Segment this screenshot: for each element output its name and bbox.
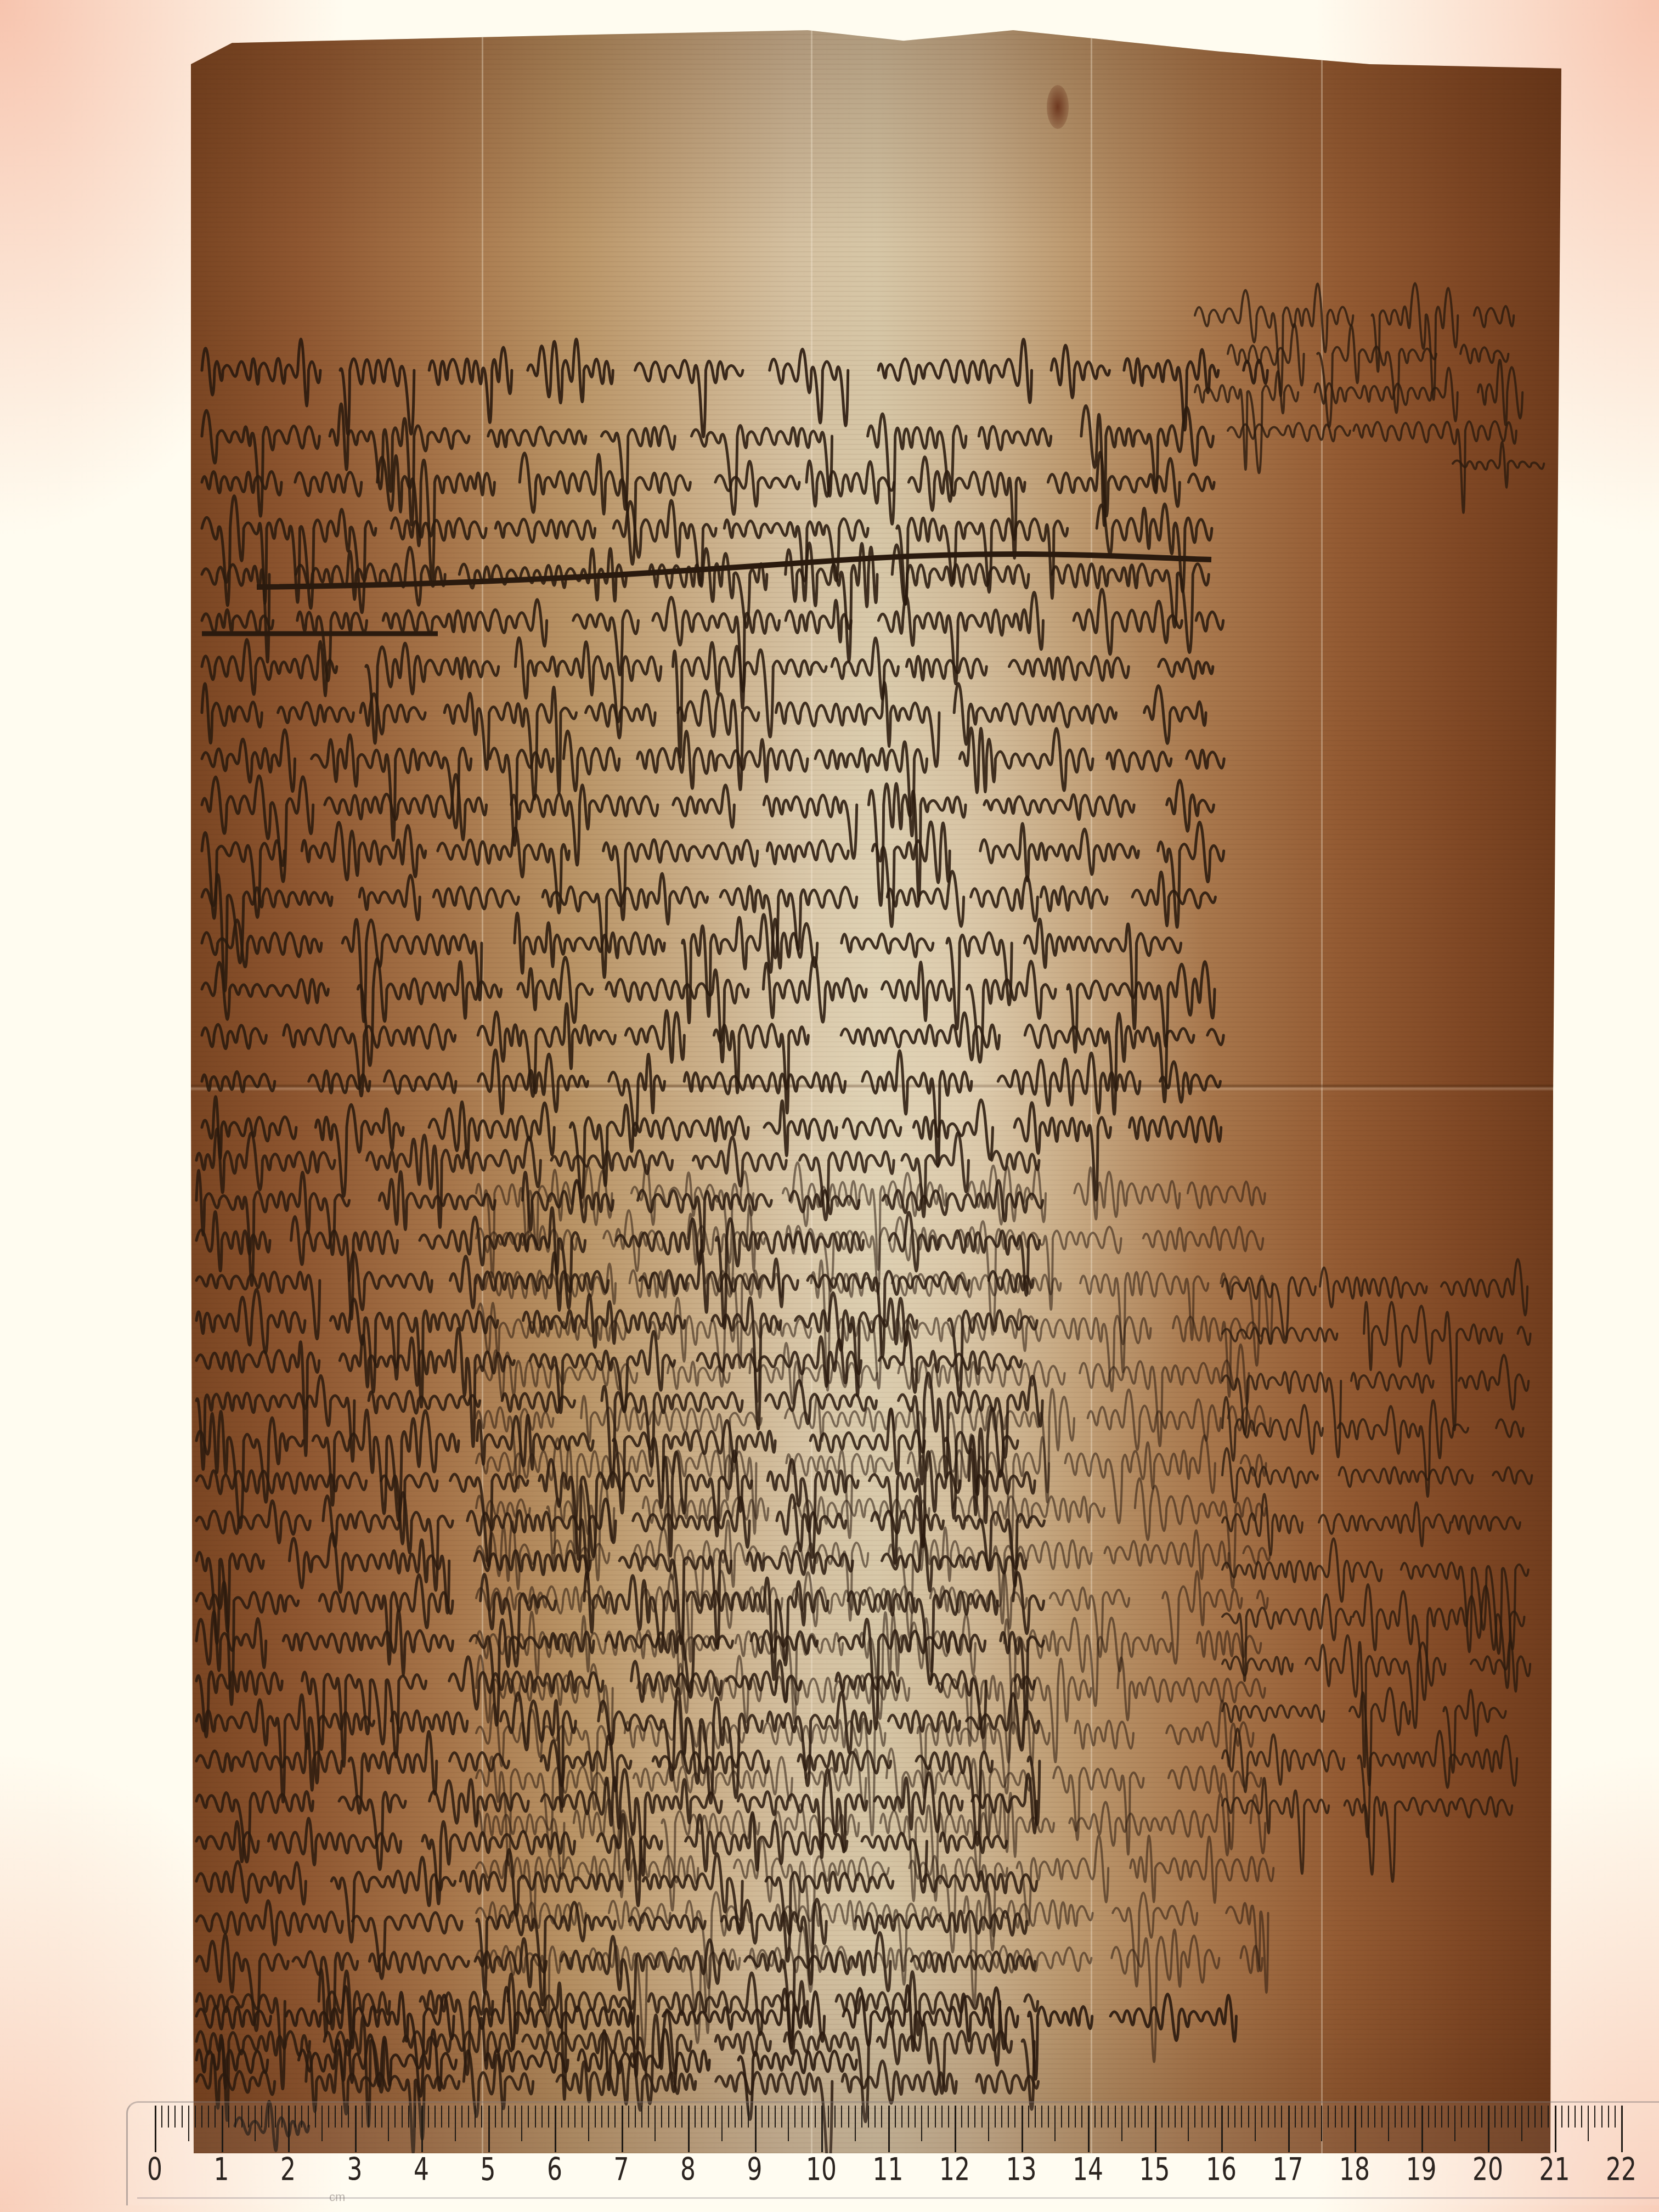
ruler-tick — [348, 2106, 349, 2128]
ruler-tick — [948, 2106, 949, 2128]
ruler-tick — [435, 2106, 436, 2128]
ruler-tick — [488, 2106, 490, 2152]
ruler-tick — [988, 2106, 989, 2141]
handwriting-line — [1228, 324, 1508, 427]
ruler-tick — [1068, 2106, 1069, 2128]
ruler-tick — [1348, 2106, 1349, 2128]
ruler-tick — [1561, 2106, 1562, 2128]
ruler-tick — [1501, 2106, 1502, 2128]
ruler-tick — [794, 2106, 795, 2128]
ruler-tick — [1328, 2106, 1329, 2128]
ruler-tick — [1261, 2106, 1262, 2128]
ruler-tick — [568, 2106, 569, 2128]
ruler-tick — [1215, 2106, 1216, 2128]
ruler-tick — [921, 2106, 922, 2141]
ruler-tick — [468, 2106, 469, 2128]
ruler-tick — [848, 2106, 849, 2128]
ruler-tick — [595, 2106, 596, 2128]
ruler-tick — [861, 2106, 862, 2128]
ruler-tick — [588, 2106, 589, 2141]
ruler-tick — [755, 2106, 757, 2152]
ruler-tick — [428, 2106, 429, 2128]
handwriting-line — [196, 1657, 1035, 1767]
ruler-tick — [248, 2106, 249, 2128]
ruler-tick — [1255, 2106, 1256, 2141]
ruler-tick — [661, 2106, 662, 2128]
ruler-tick — [614, 2106, 616, 2128]
ruler-label: 2 — [280, 2152, 296, 2188]
ruler-tick — [1475, 2106, 1476, 2128]
ruler-tick — [1101, 2106, 1102, 2128]
ruler-tick — [182, 2106, 183, 2128]
ruler-tick — [441, 2106, 442, 2128]
ruler-baseline — [137, 2197, 1659, 2199]
ruler-label: 4 — [414, 2152, 429, 2188]
ruler-label: 9 — [747, 2152, 763, 2188]
ruler-label: 22 — [1606, 2152, 1637, 2188]
ruler-tick — [815, 2106, 816, 2128]
ruler-tick — [1508, 2106, 1509, 2128]
ruler-tick — [574, 2106, 575, 2128]
handwriting-line — [202, 543, 1209, 662]
ruler-tick — [222, 2106, 223, 2152]
ruler-tick — [628, 2106, 629, 2128]
ruler-tick — [1094, 2106, 1096, 2128]
ruler-tick — [308, 2106, 309, 2128]
ruler-tick — [1608, 2106, 1609, 2128]
ruler-tick — [1555, 2106, 1556, 2152]
ruler-tick — [1161, 2106, 1163, 2128]
handwriting-line — [476, 1479, 1266, 1588]
ruler-tick — [582, 2106, 583, 2128]
ruler-tick — [641, 2106, 642, 2128]
ruler-tick — [828, 2106, 829, 2128]
ruler-tick — [1534, 2106, 1536, 2128]
handwriting-line — [202, 404, 1213, 526]
ruler-tick — [761, 2106, 763, 2128]
ruler-label: 11 — [873, 2152, 904, 2188]
ruler-tick — [1148, 2106, 1149, 2128]
ruler-tick — [788, 2106, 789, 2141]
ruler-tick — [928, 2106, 929, 2128]
ruler-tick — [715, 2106, 716, 2128]
ruler-tick — [1181, 2106, 1182, 2128]
ruler-tick — [1175, 2106, 1176, 2128]
ruler-tick — [1588, 2106, 1589, 2141]
handwriting-line — [196, 1129, 1039, 1227]
ruler-tick — [215, 2106, 216, 2128]
ruler-tick — [1008, 2106, 1009, 2128]
ruler-tick — [1274, 2106, 1276, 2128]
ruler-tick — [708, 2106, 709, 2128]
handwriting-line — [1222, 1635, 1530, 1767]
ruler-tick — [321, 2106, 323, 2141]
ruler-tick — [561, 2106, 562, 2128]
ruler-tick — [535, 2106, 536, 2128]
handwriting-line — [202, 1050, 1220, 1167]
ruler-label: 15 — [1139, 2152, 1170, 2188]
ruler-tick — [415, 2106, 416, 2128]
ruler-tick — [622, 2106, 623, 2152]
ruler-tick — [1528, 2106, 1529, 2128]
ruler-tick — [1361, 2106, 1362, 2128]
ruler-label: 14 — [1073, 2152, 1103, 2188]
ruler-tick — [1221, 2106, 1223, 2152]
ruler-tick — [275, 2106, 276, 2128]
ruler-tick — [1035, 2106, 1036, 2128]
ruler-tick — [1041, 2106, 1042, 2128]
ruler-tick — [241, 2106, 242, 2128]
manuscript-page — [191, 30, 1561, 2153]
ruler-tick — [735, 2106, 736, 2128]
ruler-tick — [355, 2106, 357, 2152]
ruler-tick — [228, 2106, 229, 2128]
ruler-label: 21 — [1539, 2152, 1570, 2188]
ruler-tick — [1022, 2106, 1023, 2152]
ruler-tick — [1248, 2106, 1249, 2128]
ruler-tick — [1188, 2106, 1189, 2141]
handwriting-line — [1222, 1397, 1523, 1497]
handwriting-line — [196, 1449, 1035, 1566]
ruler-tick — [741, 2106, 742, 2128]
ruler-tick — [775, 2106, 776, 2128]
ruler-tick — [328, 2106, 329, 2128]
ruler-tick — [1268, 2106, 1269, 2128]
ruler-tick — [461, 2106, 462, 2128]
ruler-tick — [1448, 2106, 1449, 2128]
ruler-tick — [368, 2106, 369, 2128]
ruler-tick — [1481, 2106, 1482, 2128]
ruler-tick — [1115, 2106, 1116, 2128]
ruler-tick — [868, 2106, 869, 2128]
ruler-tick — [268, 2106, 269, 2128]
ruler-tick — [1355, 2106, 1356, 2152]
ruler-tick — [874, 2106, 876, 2128]
ruler-tick — [768, 2106, 769, 2128]
ruler-tick — [315, 2106, 316, 2128]
ruler-tick — [968, 2106, 969, 2128]
ruler-tick — [728, 2106, 729, 2128]
ruler-tick — [1088, 2106, 1090, 2152]
ruler-tick — [995, 2106, 996, 2128]
handwriting-line — [476, 1343, 1249, 1446]
ruler-tick — [521, 2106, 522, 2141]
ruler-tick — [394, 2106, 396, 2128]
ruler-tick — [1281, 2106, 1282, 2128]
ruler-tick — [1108, 2106, 1109, 2128]
ruler-label: 12 — [939, 2152, 970, 2188]
ruler-tick — [1168, 2106, 1169, 2128]
ruler-tick — [1028, 2106, 1029, 2128]
handwriting-line — [476, 1836, 1273, 1953]
ruler-tick — [648, 2106, 649, 2128]
ruler-tick — [802, 2106, 803, 2128]
ruler-label: 7 — [614, 2152, 629, 2188]
ruler-tick — [1288, 2106, 1290, 2152]
handwriting — [191, 30, 1561, 2153]
ruler-tick — [341, 2106, 342, 2128]
ruler-tick — [1194, 2106, 1195, 2128]
ruler-tick — [421, 2106, 423, 2152]
ruler-tick — [1381, 2106, 1383, 2128]
ruler-tick — [1048, 2106, 1049, 2128]
handwriting-line — [202, 822, 1224, 927]
ruler-tick — [375, 2106, 376, 2128]
ruler-tick — [1454, 2106, 1455, 2141]
ruler-tick — [1201, 2106, 1203, 2128]
ruler-tick — [188, 2106, 189, 2141]
ruler-tick — [1441, 2106, 1442, 2128]
ruler-tick — [1594, 2106, 1595, 2128]
ruler-label: 10 — [806, 2152, 837, 2188]
ruler-tick — [208, 2106, 209, 2128]
ruler-tick — [1568, 2106, 1569, 2128]
ruler-tick — [1141, 2106, 1142, 2128]
ruler-tick — [408, 2106, 409, 2128]
handwriting-line — [202, 1097, 1221, 1200]
ruler-tick — [1575, 2106, 1576, 2128]
ruler-tick — [402, 2106, 403, 2128]
ruler-tick — [1548, 2106, 1549, 2128]
handwriting-line — [1222, 1355, 1528, 1457]
ruler-tick — [528, 2106, 529, 2128]
ruler-tick — [908, 2106, 909, 2128]
ruler-tick — [1208, 2106, 1209, 2128]
ruler-tick — [1081, 2106, 1082, 2128]
ruler-tick — [1341, 2106, 1342, 2128]
ruler-tick — [1461, 2106, 1462, 2128]
ruler-tick — [961, 2106, 962, 2128]
ruler-tick — [1228, 2106, 1229, 2128]
ruler-tick — [1615, 2106, 1616, 2128]
ruler-tick — [555, 2106, 556, 2152]
handwriting-line — [476, 1206, 1263, 1335]
ruler-tick — [1128, 2106, 1129, 2128]
ruler-tick — [1014, 2106, 1015, 2128]
ruler-tick — [1075, 2106, 1076, 2128]
ruler-tick — [1494, 2106, 1496, 2128]
ruler-tick — [915, 2106, 916, 2128]
ruler-tick — [681, 2106, 682, 2128]
ruler-tick — [1428, 2106, 1429, 2128]
ruler-tick — [974, 2106, 975, 2128]
ruler-tick — [841, 2106, 842, 2128]
ruler-tick — [1308, 2106, 1309, 2128]
ruler-tick — [608, 2106, 609, 2128]
ruler-tick — [941, 2106, 943, 2128]
ruler-tick — [335, 2106, 336, 2128]
measurement-ruler: 012345678910111213141516171819202122 cm — [126, 2101, 1659, 2205]
ruler-tick — [515, 2106, 516, 2128]
ruler-tick — [881, 2106, 882, 2128]
ruler-tick — [295, 2106, 296, 2128]
ruler-tick — [808, 2106, 809, 2128]
ruler-tick — [1368, 2106, 1369, 2128]
ruler-label: 0 — [147, 2152, 162, 2188]
ruler-tick — [475, 2106, 476, 2128]
ruler-tick — [834, 2106, 836, 2128]
ruler-label: 16 — [1206, 2152, 1237, 2188]
ruler-tick — [388, 2106, 389, 2141]
ruler-label: 20 — [1472, 2152, 1503, 2188]
ruler-tick — [1468, 2106, 1469, 2128]
handwriting-line — [1453, 442, 1544, 488]
ruler-tick — [541, 2106, 543, 2128]
ruler-label: 18 — [1339, 2152, 1370, 2188]
ruler-tick — [508, 2106, 509, 2128]
ruler-tick — [195, 2106, 196, 2128]
ruler-tick — [654, 2106, 656, 2141]
ruler-tick — [1121, 2106, 1122, 2141]
ruler-tick — [1395, 2106, 1396, 2128]
ruler-tick — [1374, 2106, 1375, 2128]
ruler-tick — [362, 2106, 363, 2128]
ruler-tick — [1314, 2106, 1316, 2128]
ruler-tick — [501, 2106, 503, 2128]
ruler-tick — [695, 2106, 696, 2128]
ruler-tick — [721, 2106, 723, 2141]
ruler-label: 1 — [214, 2152, 229, 2188]
ruler-tick — [748, 2106, 749, 2128]
ruler-tick — [1234, 2106, 1235, 2128]
handwriting-line — [202, 339, 1267, 437]
ruler-tick — [301, 2106, 302, 2128]
ruler-tick — [895, 2106, 896, 2128]
ruler-tick — [1241, 2106, 1242, 2128]
handwriting-line — [476, 1163, 1265, 1277]
ruler-tick — [955, 2106, 956, 2152]
ruler-tick — [161, 2106, 162, 2128]
ruler-label: 5 — [481, 2152, 496, 2188]
ruler-label: 19 — [1406, 2152, 1437, 2188]
ruler-tick — [935, 2106, 936, 2128]
ruler-tick — [821, 2106, 823, 2152]
ruler-tick — [1321, 2106, 1322, 2141]
handwriting-line — [202, 728, 1224, 845]
ruler-tick — [1621, 2106, 1623, 2152]
ruler-tick — [1515, 2106, 1516, 2128]
ruler-tick — [1054, 2106, 1056, 2141]
ruler-tick — [1001, 2106, 1002, 2128]
handwriting-line — [1222, 1494, 1520, 1555]
ruler-tick — [261, 2106, 262, 2128]
ruler-tick — [235, 2106, 236, 2128]
ruler-tick — [174, 2106, 176, 2128]
ruler-tick — [701, 2106, 702, 2128]
ruler-tick — [635, 2106, 636, 2128]
ruler-tick — [1335, 2106, 1336, 2128]
ruler-tick — [668, 2106, 669, 2128]
ruler-tick — [1295, 2106, 1296, 2128]
ruler-tick — [675, 2106, 676, 2128]
ruler-tick — [1301, 2106, 1302, 2128]
ruler-label: 6 — [547, 2152, 562, 2188]
ruler-tick — [155, 2106, 156, 2152]
ruler-tick — [888, 2106, 890, 2152]
ruler-tick — [1541, 2106, 1542, 2128]
ruler-tick — [981, 2106, 983, 2128]
ruler-tick — [288, 2106, 290, 2152]
ruler-tick — [1421, 2106, 1423, 2152]
ruler-tick — [688, 2106, 690, 2152]
ruler-tick — [1061, 2106, 1062, 2128]
ruler-tick — [1135, 2106, 1136, 2128]
handwriting-line — [196, 1207, 1040, 1328]
ruler-tick — [281, 2106, 283, 2128]
ruler-unit-label: cm — [329, 2190, 345, 2204]
ruler-tick — [168, 2106, 169, 2128]
ruler-tick — [1521, 2106, 1522, 2141]
ruler-tick — [1581, 2106, 1582, 2128]
ruler-label: 17 — [1273, 2152, 1304, 2188]
ruler-tick — [495, 2106, 496, 2128]
ruler-tick — [1408, 2106, 1409, 2128]
ruler-tick — [255, 2106, 256, 2141]
ruler-label: 3 — [347, 2152, 363, 2188]
ruler-tick — [481, 2106, 482, 2128]
ruler-tick — [1601, 2106, 1602, 2128]
ruler-tick — [1435, 2106, 1436, 2128]
ruler-label: 8 — [680, 2152, 696, 2188]
handwriting-line — [1222, 1448, 1532, 1503]
ruler-tick — [601, 2106, 602, 2128]
ruler-tick — [1155, 2106, 1156, 2152]
ruler-label: 13 — [1006, 2152, 1037, 2188]
ruler-tick — [1388, 2106, 1389, 2141]
ruler-tick — [548, 2106, 549, 2128]
ruler-tick — [901, 2106, 902, 2128]
ruler-tick — [1401, 2106, 1402, 2128]
ruler-tick — [855, 2106, 856, 2141]
ruler-tick — [201, 2106, 202, 2128]
ruler-tick — [1414, 2106, 1415, 2128]
ruler-tick — [781, 2106, 782, 2128]
ruler-tick — [1488, 2106, 1489, 2152]
ruler-tick — [455, 2106, 456, 2141]
ruler-tick — [381, 2106, 382, 2128]
ruler-tick — [448, 2106, 449, 2128]
